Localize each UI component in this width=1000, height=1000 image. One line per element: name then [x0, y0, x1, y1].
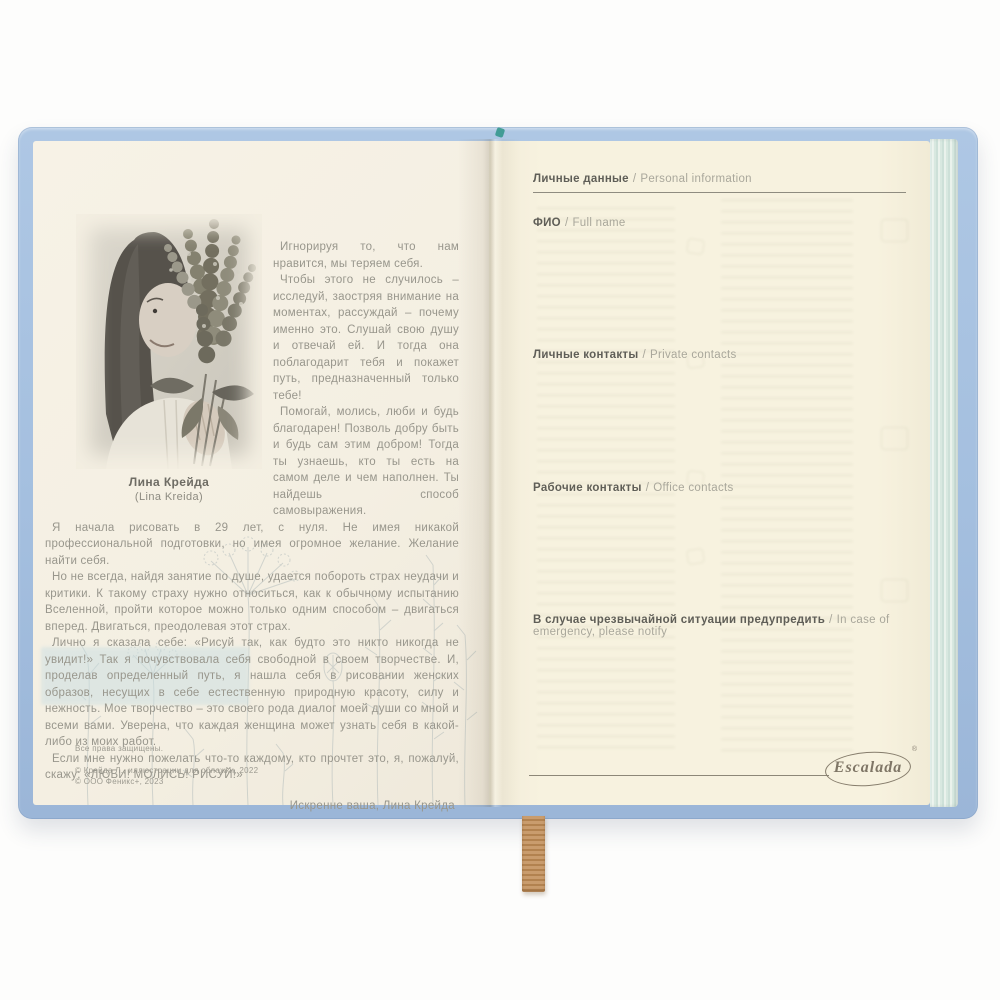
page-title-ru: Личные данные: [533, 173, 629, 185]
brand-baseline-rule: [529, 775, 829, 776]
portrait-photo-graphic: [76, 214, 262, 469]
escalada-logo: Escalada ®: [825, 752, 911, 786]
field-emergency-contact: В случае чрезвычайной ситуации предупред…: [533, 614, 906, 638]
signature-line: Искренне ваша, Лина Крейда: [45, 800, 459, 812]
copyright-line: © ООО Феникс+, 2023: [75, 776, 258, 788]
illustrator-figure: Лина Крейда (Lina Kreida): [45, 214, 273, 516]
field-full-name: ФИО/Full name: [533, 217, 906, 229]
field-private-contacts: Личные контакты/Private contacts: [533, 349, 906, 361]
brand-name: Escalada: [825, 759, 911, 777]
ribbon-bookmark: [522, 816, 545, 892]
product-photo-stage: Лина Крейда (Lina Kreida) Игнорируя то, …: [0, 0, 1000, 1000]
field-label-ru: ФИО: [533, 217, 561, 229]
field-office-contacts: Рабочие контакты/Office contacts: [533, 482, 906, 494]
spine-headband-mark: [495, 127, 505, 138]
left-page: Лина Крейда (Lina Kreida) Игнорируя то, …: [33, 141, 489, 805]
copyright-block: Все права защищены. © Крейда Л., иллюстр…: [75, 743, 258, 788]
caption-name-latin: (Lina Kreida): [76, 491, 262, 503]
right-page-personal-information: Личные данные/Personal information ФИО/F…: [489, 141, 930, 805]
illustrator-portrait-photo: [76, 214, 262, 469]
bio-paragraph: Я начала рисовать в 29 лет, с нуля. Не и…: [45, 520, 459, 570]
notebook-cover: Лина Крейда (Lina Kreida) Игнорируя то, …: [18, 127, 978, 819]
field-label-en: Full name: [572, 217, 625, 229]
registered-trademark-icon: ®: [912, 746, 917, 753]
photo-caption: Лина Крейда (Lina Kreida): [76, 475, 262, 503]
field-label-en: Private contacts: [650, 349, 737, 361]
bio-paragraph: Но не всегда, найдя занятие по душе, уда…: [45, 569, 459, 635]
page-title-en: Personal information: [640, 173, 751, 185]
field-label-en: Office contacts: [653, 482, 733, 494]
field-label-ru: Личные контакты: [533, 349, 638, 361]
field-separator: /: [561, 217, 573, 229]
field-separator: /: [638, 349, 650, 361]
field-label-ru: В случае чрезвычайной ситуации предупред…: [533, 614, 825, 626]
title-separator: /: [629, 173, 641, 185]
bio-paragraph: Лично я сказала себе: «Рисуй так, как бу…: [45, 635, 459, 751]
field-separator: /: [825, 614, 837, 626]
rights-reserved-line: Все права защищены.: [75, 743, 258, 755]
field-label-ru: Рабочие контакты: [533, 482, 642, 494]
illustrator-bio: Лина Крейда (Lina Kreida) Игнорируя то, …: [45, 214, 459, 812]
field-separator: /: [642, 482, 654, 494]
copyright-line: © Крейда Л., иллюстрации для обложки, 20…: [75, 765, 258, 777]
personal-information-form: Личные данные/Personal information ФИО/F…: [489, 141, 930, 805]
page-edge-stack: [930, 139, 958, 807]
page-title: Личные данные/Personal information: [533, 173, 906, 193]
caption-name: Лина Крейда: [76, 475, 262, 489]
